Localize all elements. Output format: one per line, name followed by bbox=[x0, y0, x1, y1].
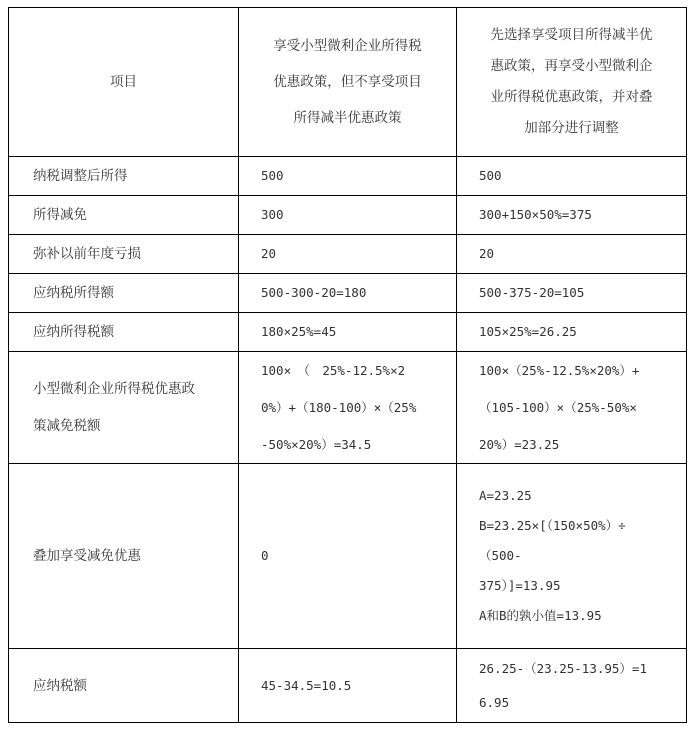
row-label: 小型微利企业所得税优惠政 策减免税额 bbox=[9, 352, 239, 464]
row-value-scenario-2: 26.25-（23.25-13.95）=1 6.95 bbox=[457, 649, 687, 723]
row-value-scenario-2: 20 bbox=[457, 235, 687, 274]
row-value-scenario-2: A=23.25 B=23.25×[（150×50%）÷ （500- 375）]=… bbox=[457, 464, 687, 649]
row-label: 所得减免 bbox=[9, 196, 239, 235]
value-line: A和B的孰小值=13.95 bbox=[479, 601, 676, 631]
row-value-scenario-1: 500-300-20=180 bbox=[239, 274, 457, 313]
value-line: -50%×20%）=34.5 bbox=[261, 426, 446, 463]
header-scenario-1-line: 优惠政策，但不享受项目 bbox=[253, 64, 442, 100]
tax-comparison-table: 项目 享受小型微利企业所得税 优惠政策，但不享受项目 所得减半优惠政策 先选择享… bbox=[8, 7, 687, 723]
value-line: 26.25-（23.25-13.95）=1 bbox=[479, 652, 676, 686]
row-label: 弥补以前年度亏损 bbox=[9, 235, 239, 274]
row-value-scenario-1: 0 bbox=[239, 464, 457, 649]
header-scenario-2-line: 惠政策，再享受小型微利企 bbox=[471, 51, 672, 82]
value-line: （500- bbox=[479, 541, 676, 571]
row-label: 应纳所得税额 bbox=[9, 313, 239, 352]
value-line: 20%）=23.25 bbox=[479, 426, 676, 463]
value-line: 6.95 bbox=[479, 686, 676, 720]
row-label-line: 策减免税额 bbox=[33, 408, 238, 445]
row-label: 应纳税额 bbox=[9, 649, 239, 723]
header-scenario-2-line: 加部分进行调整 bbox=[471, 113, 672, 144]
row-value-scenario-1: 45-34.5=10.5 bbox=[239, 649, 457, 723]
table-row-reduction: 小型微利企业所得税优惠政 策减免税额 100× （ 25%-12.5%×2 0%… bbox=[9, 352, 687, 464]
row-value-scenario-2: 500 bbox=[457, 157, 687, 196]
row-value-scenario-2: 100×（25%-12.5%×20%）+ （105-100）×（25%-50%×… bbox=[457, 352, 687, 464]
header-scenario-1: 享受小型微利企业所得税 优惠政策，但不享受项目 所得减半优惠政策 bbox=[239, 8, 457, 157]
value-line: B=23.25×[（150×50%）÷ bbox=[479, 511, 676, 541]
table-row-final: 应纳税额 45-34.5=10.5 26.25-（23.25-13.95）=1 … bbox=[9, 649, 687, 723]
row-value-scenario-2: 105×25%=26.25 bbox=[457, 313, 687, 352]
header-item: 项目 bbox=[9, 8, 239, 157]
row-label: 叠加享受减免优惠 bbox=[9, 464, 239, 649]
table-row: 纳税调整后所得 500 500 bbox=[9, 157, 687, 196]
table-row: 应纳税所得额 500-300-20=180 500-375-20=105 bbox=[9, 274, 687, 313]
row-value-scenario-2: 300+150×50%=375 bbox=[457, 196, 687, 235]
value-line: A=23.25 bbox=[479, 481, 676, 511]
table-row-overlap: 叠加享受减免优惠 0 A=23.25 B=23.25×[（150×50%）÷ （… bbox=[9, 464, 687, 649]
row-label: 纳税调整后所得 bbox=[9, 157, 239, 196]
value-line: 375）]=13.95 bbox=[479, 571, 676, 601]
header-scenario-2: 先选择享受项目所得减半优 惠政策，再享受小型微利企 业所得税优惠政策，并对叠 加… bbox=[457, 8, 687, 157]
row-value-scenario-1: 180×25%=45 bbox=[239, 313, 457, 352]
row-value-scenario-1: 20 bbox=[239, 235, 457, 274]
value-line: 0%）+（180-100）×（25% bbox=[261, 389, 446, 426]
row-value-scenario-1: 300 bbox=[239, 196, 457, 235]
value-line: 100× （ 25%-12.5%×2 bbox=[261, 352, 446, 389]
table-row: 弥补以前年度亏损 20 20 bbox=[9, 235, 687, 274]
header-scenario-1-line: 享受小型微利企业所得税 bbox=[253, 28, 442, 64]
row-value-scenario-2: 500-375-20=105 bbox=[457, 274, 687, 313]
row-label: 应纳税所得额 bbox=[9, 274, 239, 313]
value-line: （105-100）×（25%-50%× bbox=[479, 389, 676, 426]
header-scenario-2-line: 业所得税优惠政策，并对叠 bbox=[471, 82, 672, 113]
table-header-row: 项目 享受小型微利企业所得税 优惠政策，但不享受项目 所得减半优惠政策 先选择享… bbox=[9, 8, 687, 157]
value-line: 100×（25%-12.5%×20%）+ bbox=[479, 352, 676, 389]
table-row: 所得减免 300 300+150×50%=375 bbox=[9, 196, 687, 235]
row-label-line: 小型微利企业所得税优惠政 bbox=[33, 371, 238, 408]
row-value-scenario-1: 500 bbox=[239, 157, 457, 196]
header-scenario-2-line: 先选择享受项目所得减半优 bbox=[471, 20, 672, 51]
row-value-scenario-1: 100× （ 25%-12.5%×2 0%）+（180-100）×（25% -5… bbox=[239, 352, 457, 464]
header-scenario-1-line: 所得减半优惠政策 bbox=[253, 100, 442, 136]
table-row: 应纳所得税额 180×25%=45 105×25%=26.25 bbox=[9, 313, 687, 352]
